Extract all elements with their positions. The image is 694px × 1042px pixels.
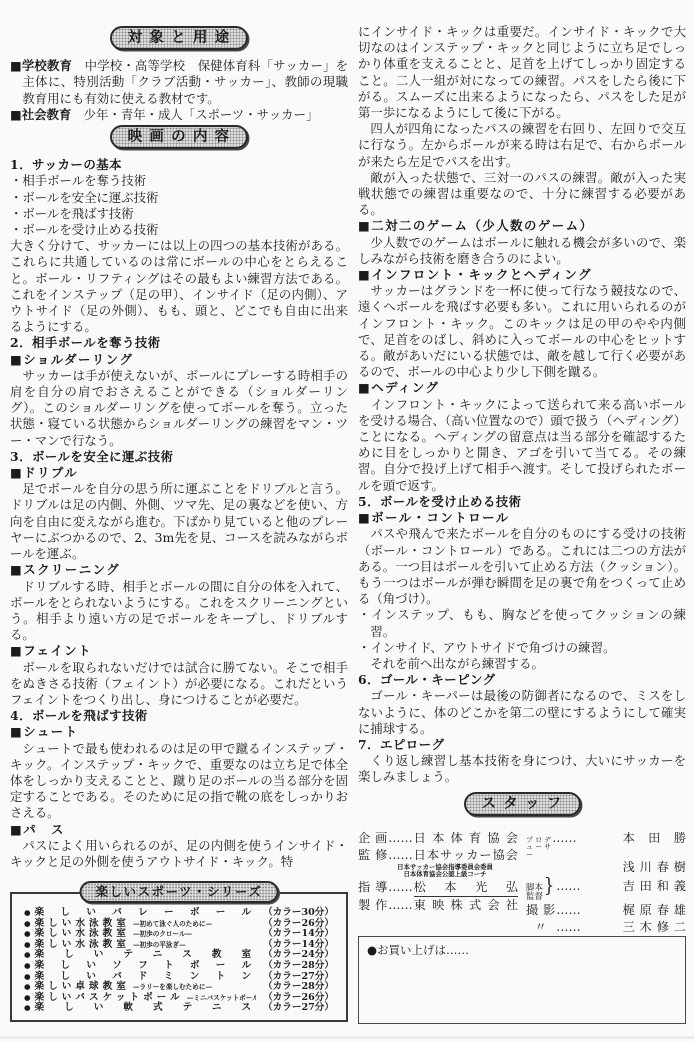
fun-sports-series-pill: 楽しいスポーツ・シリーズ	[80, 881, 279, 903]
leader-dots: ……	[556, 902, 580, 919]
staff-row: 企画……日本体育協会	[358, 830, 518, 847]
subsection-heading: ■シュート	[10, 724, 348, 740]
series-item-subtitle: —初めて泳ぐ人のために—	[133, 919, 256, 930]
series-item-duration: （カラー27分）	[263, 1003, 334, 1014]
target-and-usage-pill: 対象と用途	[110, 26, 249, 50]
staff-row: 〃……三木修二	[526, 919, 686, 936]
bullet-item: ・ボールを受け止める技術	[10, 222, 348, 238]
bullet-dot-icon: ●	[24, 961, 31, 972]
left-column: 対象と用途 ■学校教育 中学校・高等学校 保健体育科「サッカー」を主体に、特別活…	[10, 24, 348, 1032]
audience-label: ■社会教育	[10, 107, 71, 122]
section-heading: 3．ボールを安全に運ぶ技術	[10, 449, 348, 465]
ditto-mark: 〃	[526, 919, 555, 936]
paragraph: パスや飛んで来たボールを自分のものにする受けの技術（ボール・コントロール）である…	[358, 526, 686, 607]
staff-name: 日本サッカー協会	[414, 847, 518, 864]
section-heading: 2．相手ボールを奪う技術	[10, 335, 348, 351]
bullet-dot-icon: ●	[24, 950, 31, 961]
bullet-item: ・インステップ、もも、胸などを使ってクッションの練習。	[358, 607, 686, 639]
paragraph: それを前へ出ながら練習する。	[358, 656, 686, 672]
subsection-heading: ■ドリブル	[10, 465, 348, 481]
paragraph: ボールを取られないだけでは試合に勝てない。そこで相手をぬきさる技術（フェイント）…	[10, 660, 348, 709]
bullet-item: ・ボールを安全に運ぶ技術	[10, 190, 348, 206]
paragraph: ドリブルする時、相手とボールの間に自分の体を入れて、ボールをとられないようにする…	[10, 579, 348, 644]
purchase-note: ●お買い上げは……	[367, 943, 469, 957]
paragraph: にインサイド・キックは重要だ。インサイド・キックで大切なのはインステップ・キック…	[358, 24, 686, 121]
series-item: ●楽しいソフトボール（カラー28分）	[24, 961, 334, 972]
audience-label: ■学校教育	[10, 58, 72, 73]
bullet-dot-icon: ●	[24, 972, 31, 983]
scan-artifact-band	[0, 1036, 694, 1039]
paragraph: 四人が四角になったパスの練習を右回り、左回りで交互に行なう。左からボールが来る時…	[358, 121, 686, 170]
staff-role: プロデューサー	[526, 837, 551, 860]
staff-name: 日本体育協会	[414, 830, 518, 847]
staff-row: 撮影……梶原春雄	[526, 902, 686, 919]
staff-row: 製作……東映株式会社	[358, 897, 518, 914]
paragraph: サッカーはグランドを一杯に使って行なう競技なので、遠くへボールを飛ばす必要も多い…	[358, 283, 686, 380]
section-heading: 6．ゴール・キーピング	[358, 672, 686, 688]
subsection-heading: ■スクリーニング	[10, 562, 348, 578]
series-item-title: 楽しいバレーボール	[35, 908, 252, 919]
paragraph: 足でボールを自分の思う所に運ぶことをドリブルと言う。ドリブルは足の内側、外側、ツ…	[10, 481, 348, 562]
paragraph: シュートで最も使われるのは足の甲で蹴るインステップ・キック。インステップ・キック…	[10, 741, 348, 822]
series-item-duration: （カラー28分）	[263, 961, 334, 972]
leader-dots: ……	[388, 830, 412, 847]
subsection-heading: ■ボール・コントロール	[358, 510, 686, 526]
film-contents-text-continued: にインサイド・キックは重要だ。インサイド・キックで大切なのはインステップ・キック…	[358, 24, 686, 786]
staff-credits: 企画……日本体育協会監修……日本サッカー協会日本サッカー協会指導委員会委員日本体…	[358, 830, 686, 937]
bullet-dot-icon: ●	[24, 982, 31, 993]
staff-role: 指導	[358, 879, 387, 896]
leader-dots: ……	[388, 847, 412, 864]
page: 対象と用途 ■学校教育 中学校・高等学校 保健体育科「サッカー」を主体に、特別活…	[0, 0, 694, 1042]
paragraph: ■社会教育 少年・青年・成人「スポーツ・サッカー」	[10, 107, 348, 123]
audience-section: ■学校教育 中学校・高等学校 保健体育科「サッカー」を主体に、特別活動「クラブ活…	[10, 58, 348, 123]
bullet-item: ・ボールを飛ばす技術	[10, 206, 348, 222]
staff-name: 梶原春雄	[623, 902, 686, 919]
staff-pill: スタッフ	[464, 792, 581, 816]
staff-role: 企画	[358, 830, 387, 847]
bullet-dot-icon: ●	[24, 940, 31, 951]
leader-dots: ……	[388, 879, 412, 896]
paragraph: パスによく用いられるのが、足の内側を使うインサイド・キックと足の外側を使うアウト…	[10, 838, 348, 870]
staff-role: 監修	[358, 847, 387, 864]
bullet-item: ・インサイド、アウトサイドで角づけの練習。	[358, 640, 686, 656]
staff-name: 吉田和義	[623, 878, 686, 895]
bullet-dot-icon: ●	[24, 1003, 31, 1014]
section-heading: 4．ボールを飛ばす技術	[10, 708, 348, 724]
paragraph: ■学校教育 中学校・高等学校 保健体育科「サッカー」を主体に、特別活動「クラブ活…	[10, 58, 348, 107]
section-heading: 7．エピローグ	[358, 737, 686, 753]
leader-dots: ……	[388, 897, 412, 914]
paragraph: くり返し練習し基本技術を身につけ、大いにサッカーを楽しみましょう。	[358, 753, 686, 785]
leader-dots: ……	[556, 919, 580, 936]
staff-name: 東映株式会社	[414, 897, 518, 914]
staff-row: 脚本監督}……吉田和義	[526, 876, 686, 902]
staff-row: 監修……日本サッカー協会	[358, 847, 518, 864]
scanned-leaflet-page: { "colors": { "paper": "#fafaf8", "ink":…	[0, 0, 694, 1042]
staff-left-column: 企画……日本体育協会監修……日本サッカー協会日本サッカー協会指導委員会委員日本体…	[358, 830, 518, 937]
subsection-heading: ■フェイント	[10, 643, 348, 659]
subsection-heading: ■パ ス	[10, 822, 348, 838]
staff-role: 製作	[358, 897, 387, 914]
series-list: ●楽しいバレーボール（カラー30分）●楽しい水泳教室—初めて泳ぐ人のために—（カ…	[24, 908, 334, 1014]
leader-dots: ……	[556, 878, 580, 895]
series-item: ●楽しいバレーボール（カラー30分）	[24, 908, 334, 919]
right-column: にインサイド・キックは重要だ。インサイド・キックで大切なのはインステップ・キック…	[358, 24, 686, 1032]
paragraph: 敵が入った状態で、三対一のパスの練習。敵が入った実戦状態での練習は重要なので、十…	[358, 170, 686, 219]
film-contents-text: 1．サッカーの基本・相手ボールを奪う技術・ボールを安全に運ぶ技術・ボールを飛ばす…	[10, 157, 348, 870]
fun-sports-series-box: 楽しいスポーツ・シリーズ ●楽しいバレーボール（カラー30分）●楽しい水泳教室—…	[10, 892, 348, 1022]
paragraph: サッカーは手が使えないが、ボールにプレーする時相手の肩を自分の肩でおさえることが…	[10, 368, 348, 449]
staff-row: 指導……松本光弘	[358, 879, 518, 897]
paragraph: ゴール・キーパーは最後の防御者になるので、ミスをしないように、体のどこかを第二の…	[358, 688, 686, 737]
subsection-heading: ■ショルダーリング	[10, 352, 348, 368]
section-heading: 1．サッカーの基本	[10, 157, 348, 173]
bullet-dot-icon: ●	[24, 929, 31, 940]
bullet-dot-icon: ●	[24, 993, 31, 1004]
staff-credential-line: 日本体育協会公認上級コーチ	[372, 871, 518, 879]
bullet-item: ・相手ボールを奪う技術	[10, 173, 348, 189]
staff-role: 撮影	[526, 902, 555, 919]
purchase-info-box: ●お買い上げは……	[358, 936, 686, 1024]
staff-name: 三木修二	[623, 919, 686, 936]
paragraph: 少人数でのゲームはボールに触れる機会が多いので、楽しみながら技術を磨き合うのによ…	[358, 235, 686, 267]
staff-name: 浅川春樹	[623, 859, 686, 876]
subsection-heading: ■インフロント・キックとヘディング	[358, 267, 686, 283]
series-item-title: 楽しいソフトボール	[35, 961, 252, 972]
staff-name: 本田勝	[623, 830, 686, 847]
staff-credential-note: 日本サッカー協会指導委員会委員日本体育協会公認上級コーチ	[358, 864, 518, 879]
film-contents-pill: 映画の内容	[110, 125, 249, 149]
series-item: ●楽しい軟式テニス（カラー27分）	[24, 1003, 334, 1014]
leader-dots: ……	[552, 830, 576, 847]
staff-role: 脚本監督	[526, 884, 543, 902]
bullet-dot-icon: ●	[24, 919, 31, 930]
subsection-heading: ■二対二のゲーム（少人数のゲーム）	[358, 218, 686, 234]
series-item-subtitle: —初歩のクロール—	[133, 929, 256, 940]
staff-right-column: プロデューサー……本田勝 浅川春樹脚本監督}……吉田和義撮影……梶原春雄〃……三…	[526, 830, 686, 937]
staff-name: 松本光弘	[414, 879, 518, 897]
brace-glyph: }	[544, 874, 554, 895]
staff-row: プロデューサー……本田勝	[526, 830, 686, 860]
bullet-dot-icon: ●	[24, 908, 31, 919]
subsection-heading: ■ヘディング	[358, 380, 686, 396]
section-heading: 5．ボールを受け止める技術	[358, 494, 686, 510]
series-item-title: 楽しい軟式テニス	[35, 1003, 252, 1014]
paragraph: インフロント・キックによって送られて来る高いボールを受ける場合、（高い位置なので…	[358, 397, 686, 494]
paragraph: 大きく分けて、サッカーには以上の四つの基本技術がある。これらに共通しているのは常…	[10, 238, 348, 335]
series-item-duration: （カラー30分）	[263, 908, 334, 919]
